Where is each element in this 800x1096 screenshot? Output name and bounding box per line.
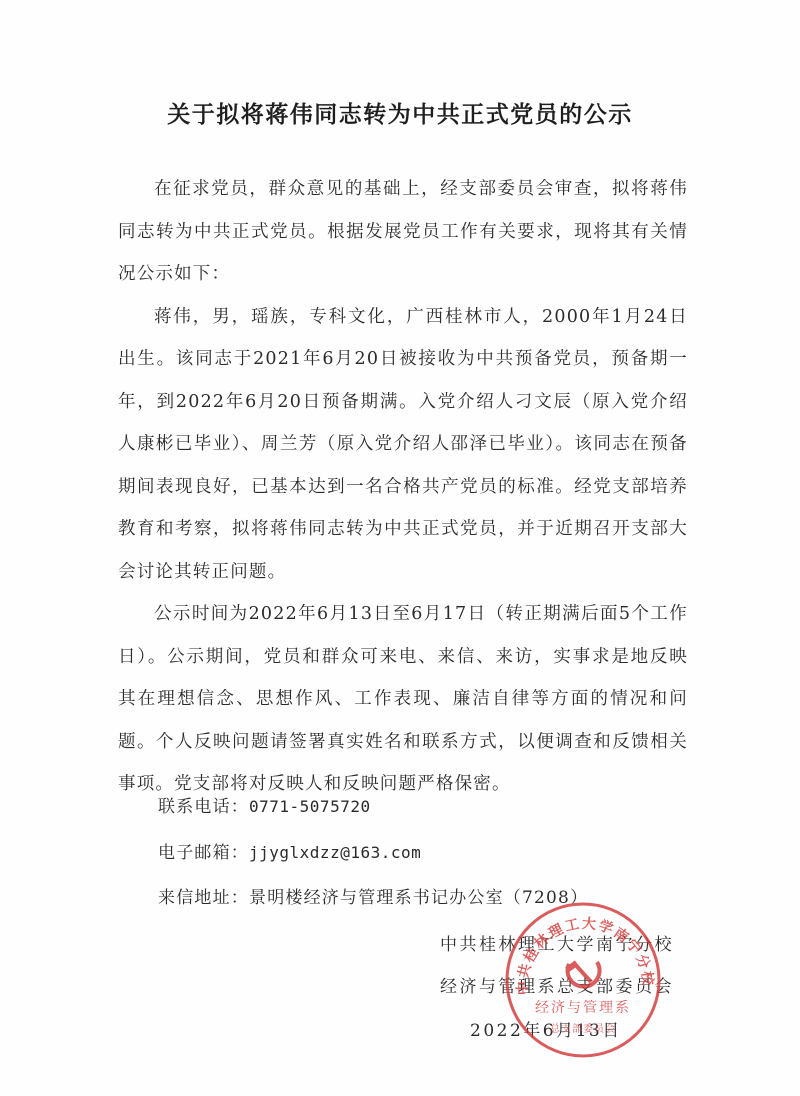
paragraph-publicity-period: 公示时间为2022年6月13日至6月17日（转正期满后面5个工作日）。公示期间，… xyxy=(118,593,688,806)
official-seal-stamp: 中共桂林理工大学南宁分校 经济与管理系 总支部委员会 xyxy=(503,900,663,1060)
contact-email-label: 电子邮箱： xyxy=(158,843,249,863)
contact-email: 电子邮箱：jjyglxdzz@163.com xyxy=(158,838,421,863)
contact-phone-label: 联系电话： xyxy=(158,797,249,817)
contact-phone-value: 0771-5075720 xyxy=(249,797,371,816)
paragraph-candidate-info: 蒋伟，男，瑶族，专科文化，广西桂林市人，2000年1月24日出生。该同志于202… xyxy=(118,296,688,594)
document-page: 关于拟将蒋伟同志转为中共正式党员的公示 在征求党员，群众意见的基础上，经支部委员… xyxy=(0,0,800,1096)
stamp-bottom-text: 总支部委员会 xyxy=(550,1022,616,1035)
hammer-sickle-icon xyxy=(565,961,599,987)
contact-email-value: jjyglxdzz@163.com xyxy=(249,843,421,862)
paragraph-intro: 在征求党员，群众意见的基础上，经支部委员会审查，拟将蒋伟同志转为中共正式党员。根… xyxy=(118,168,688,296)
document-body: 在征求党员，群众意见的基础上，经支部委员会审查，拟将蒋伟同志转为中共正式党员。根… xyxy=(118,168,688,806)
contact-phone: 联系电话：0771-5075720 xyxy=(158,792,371,817)
contact-address-label: 来信地址： xyxy=(158,888,249,908)
stamp-inner-text: 经济与管理系 xyxy=(535,999,631,1016)
document-title: 关于拟将蒋伟同志转为中共正式党员的公示 xyxy=(0,96,800,129)
